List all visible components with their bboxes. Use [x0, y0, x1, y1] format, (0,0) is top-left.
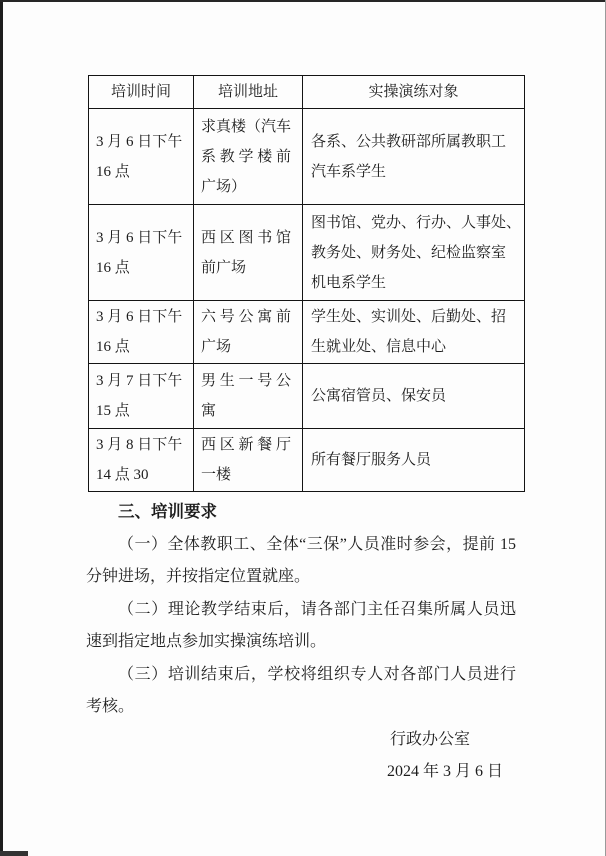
section-heading: 三、培训要求	[86, 490, 516, 529]
scan-edge-top	[0, 0, 606, 2]
cell-time: 3 月 6 日下午 16 点	[89, 109, 194, 205]
cell-audience: 图书馆、党办、行办、人事处、 教务处、财务处、纪检监察室 机电系学生	[303, 205, 525, 301]
cell-location: 西 区 新 餐 厅 一楼	[194, 429, 303, 492]
training-schedule-table: 培训时间 培训地址 实操演练对象 3 月 6 日下午 16 点 求真楼（汽车 系…	[88, 75, 525, 492]
table-header-row: 培训时间 培训地址 实操演练对象	[89, 76, 525, 109]
cell-time: 3 月 7 日下午 15 点	[89, 364, 194, 429]
header-location: 培训地址	[194, 76, 303, 109]
requirement-paragraph-3: （三）培训结束后，学校将组织专人对各部门人员进行考核。	[86, 659, 516, 724]
scan-edge-left	[0, 0, 3, 856]
cell-location: 西 区 图 书 馆 前广场	[194, 205, 303, 301]
scanned-document-page: 培训时间 培训地址 实操演练对象 3 月 6 日下午 16 点 求真楼（汽车 系…	[0, 0, 606, 856]
cell-time: 3 月 6 日下午 16 点	[89, 301, 194, 364]
cell-audience: 学生处、实训处、后勤处、招 生就业处、信息中心	[303, 301, 525, 364]
header-time: 培训时间	[89, 76, 194, 109]
cell-audience: 公寓宿管员、保安员	[303, 364, 525, 429]
requirement-paragraph-1: （一）全体教职工、全体“三保”人员准时参会，提前 15 分钟进场，并按指定位置就…	[86, 529, 516, 594]
table-row: 3 月 6 日下午 16 点 六 号 公 寓 前 广场 学生处、实训处、后勤处、…	[89, 301, 525, 364]
cell-location: 男 生 一 号 公 寓	[194, 364, 303, 429]
signature-office: 行政办公室	[86, 724, 516, 757]
header-audience: 实操演练对象	[303, 76, 525, 109]
scan-edge-bottom	[0, 851, 28, 856]
requirements-section: 三、培训要求 （一）全体教职工、全体“三保”人员准时参会，提前 15 分钟进场，…	[86, 490, 516, 789]
cell-audience: 各系、公共教研部所属教职工 汽车系学生	[303, 109, 525, 205]
requirement-paragraph-2: （二）理论教学结束后，请各部门主任召集所属人员迅速到指定地点参加实操演练培训。	[86, 594, 516, 659]
table-row: 3 月 8 日下午 14 点 30 西 区 新 餐 厅 一楼 所有餐厅服务人员	[89, 429, 525, 492]
table-row: 3 月 7 日下午 15 点 男 生 一 号 公 寓 公寓宿管员、保安员	[89, 364, 525, 429]
cell-time: 3 月 6 日下午 16 点	[89, 205, 194, 301]
table-row: 3 月 6 日下午 16 点 西 区 图 书 馆 前广场 图书馆、党办、行办、人…	[89, 205, 525, 301]
cell-audience: 所有餐厅服务人员	[303, 429, 525, 492]
cell-location: 求真楼（汽车 系 教 学 楼 前 广场）	[194, 109, 303, 205]
table-row: 3 月 6 日下午 16 点 求真楼（汽车 系 教 学 楼 前 广场） 各系、公…	[89, 109, 525, 205]
signature-date: 2024 年 3 月 6 日	[86, 756, 516, 789]
cell-location: 六 号 公 寓 前 广场	[194, 301, 303, 364]
cell-time: 3 月 8 日下午 14 点 30	[89, 429, 194, 492]
